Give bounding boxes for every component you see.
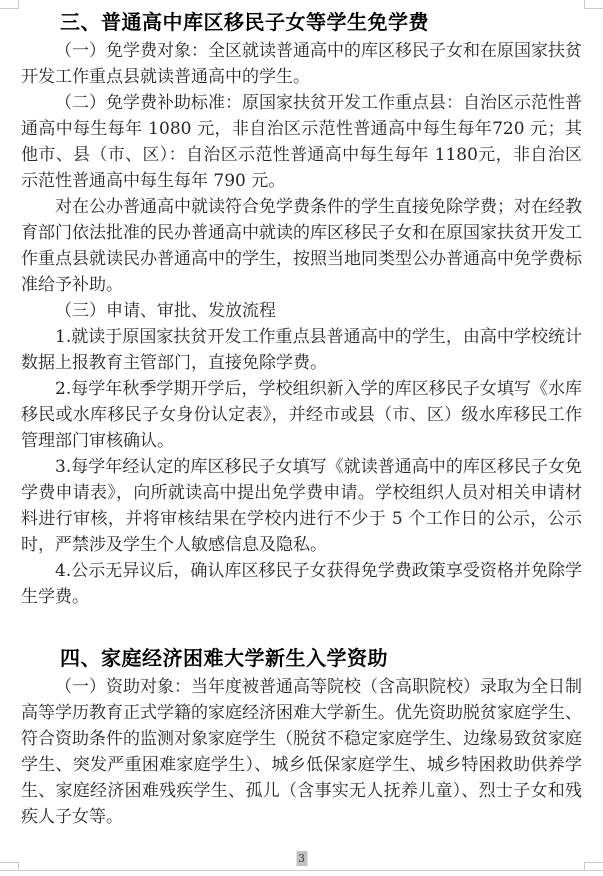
paragraph-process-step-1: 1.就读于原国家扶贫开发工作重点县普通高中的学生，由高中学校统计数据上报教育主管…	[21, 324, 582, 376]
document-page: 三、普通高中库区移民子女等学生免学费 （一）免学费对象：全区就读普通高中的库区移…	[0, 0, 603, 876]
section-3-heading: 三、普通高中库区移民子女等学生免学费	[21, 8, 582, 36]
page-number-field: 3	[296, 851, 307, 866]
paragraph-public-private-schools: 对在公办普通高中就读符合免学费条件的学生直接免除学费；对在经教育部门依法批准的民…	[21, 194, 582, 298]
paragraph-process-step-3: 3.每学年经认定的库区移民子女填写《就读普通高中的库区移民子女免学费申请表》，向…	[21, 454, 582, 558]
paragraph-aid-target: （一）资助对象：当年度被普通高等院校（含高职院校）录取为全日制高等学历教育正式学…	[21, 674, 582, 830]
page-bottom-edge	[0, 870, 603, 871]
text-boundary-mark-top-left	[0, 0, 19, 9]
document-content: 三、普通高中库区移民子女等学生免学费 （一）免学费对象：全区就读普通高中的库区移…	[21, 8, 582, 830]
paragraph-subsidy-standard: （二）免学费补助标准：原国家扶贫开发工作重点县：自治区示范性普通高中每生每年 1…	[21, 90, 582, 194]
paragraph-process-step-2: 2.每学年秋季学期开学后，学校组织新入学的库区移民子女填写《水库移民或水库移民子…	[21, 376, 582, 454]
paragraph-process-step-4: 4.公示无异议后，确认库区移民子女获得免学费政策享受资格并免除学生学费。	[21, 558, 582, 610]
paragraph-exemption-target: （一）免学费对象：全区就读普通高中的库区移民子女和在原国家扶贫开发工作重点县就读…	[21, 38, 582, 90]
text-boundary-mark-top-right	[584, 0, 603, 9]
paragraph-process-subheading: （三）申请、审批、发放流程	[21, 298, 582, 324]
section-4-heading: 四、家庭经济困难大学新生入学资助	[21, 644, 582, 672]
